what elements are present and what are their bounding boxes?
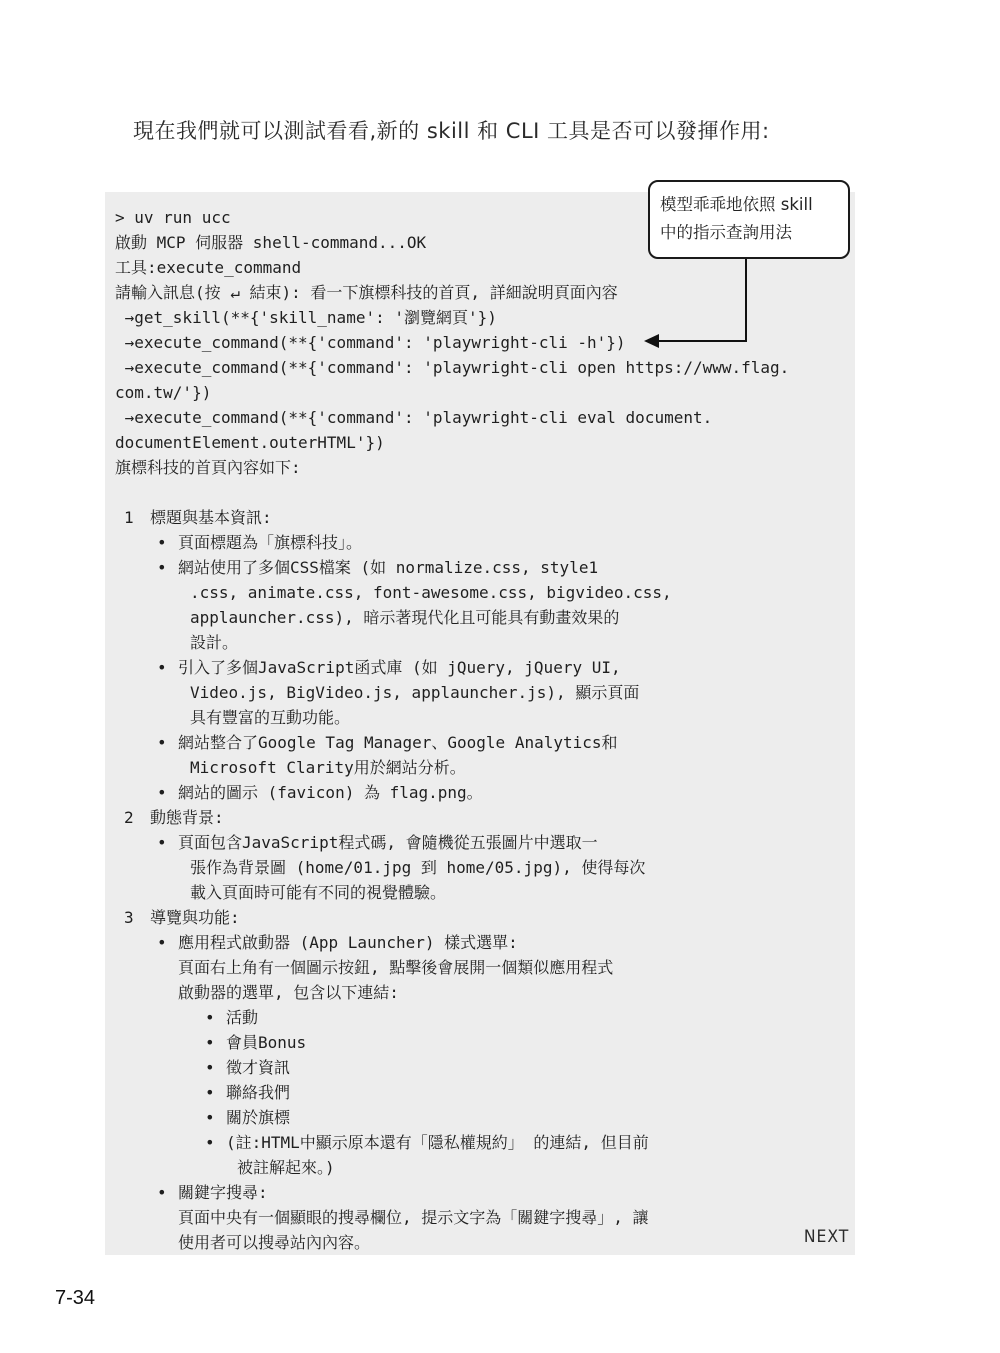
terminal-line: →execute_command(**{'command': 'playwrig… [115,405,855,430]
terminal-line: •徵才資訊 [115,1055,855,1080]
terminal-line-text: 啟動器的選單, 包含以下連結: [178,983,399,1002]
terminal-output-box: > uv run ucc啟動 MCP 伺服器 shell-command...O… [105,192,855,1255]
terminal-line-text: →get_skill(**{'skill_name': '瀏覽網頁'}) [115,308,497,327]
terminal-line-text: 工具:execute_command [115,258,301,277]
bullet-marker: • [205,1030,226,1055]
terminal-line-text: (註:HTML中顯示原本還有「隱私權規約」 的連結, 但目前 [226,1133,649,1152]
terminal-line-text: 請輸入訊息(按 ↵ 結束): 看一下旗標科技的首頁, 詳細說明頁面內容 [115,283,618,302]
terminal-line-text: 網站的圖示 (favicon) 為 flag.png。 [178,783,483,802]
terminal-line: •網站整合了Google Tag Manager、Google Analytic… [115,730,855,755]
terminal-line-text: > uv run ucc [115,208,231,227]
terminal-line: 張作為背景圖 (home/01.jpg 到 home/05.jpg), 使得每次 [115,855,855,880]
terminal-line: 設計。 [115,630,855,655]
terminal-line: 載入頁面時可能有不同的視覺體驗。 [115,880,855,905]
terminal-line: 頁面右上角有一個圖示按鈕, 點擊後會展開一個類似應用程式 [115,955,855,980]
terminal-line-text [115,483,125,502]
book-page: 現在我們就可以測試看看,新的 skill 和 CLI 工具是否可以發揮作用: >… [0,0,1000,1353]
terminal-line-text: →execute_command(**{'command': 'playwrig… [115,408,712,427]
terminal-line: •網站的圖示 (favicon) 為 flag.png。 [115,780,855,805]
bullet-marker: • [157,1180,178,1205]
bullet-marker: • [205,1130,226,1155]
terminal-line: 頁面中央有一個顯眼的搜尋欄位, 提示文字為「關鍵字搜尋」, 讓 [115,1205,855,1230]
terminal-lines: > uv run ucc啟動 MCP 伺服器 shell-command...O… [115,205,855,1255]
terminal-line-text: 引入了多個JavaScript函式庫 (如 jQuery, jQuery UI, [178,658,621,677]
terminal-line: •會員Bonus [115,1030,855,1055]
annotation-callout: 模型乖乖地依照 skill 中的指示查詢用法 [648,180,850,259]
callout-text-line2: 中的指示查詢用法 [660,219,838,247]
page-number: 7-34 [55,1287,95,1310]
terminal-line: •頁面包含JavaScript程式碼, 會隨機從五張圖片中選取一 [115,830,855,855]
terminal-line: applauncher.css), 暗示著現代化且可能具有動畫效果的 [115,605,855,630]
terminal-line-text: 載入頁面時可能有不同的視覺體驗。 [190,883,446,902]
terminal-line: 啟動器的選單, 包含以下連結: [115,980,855,1005]
terminal-line: •引入了多個JavaScript函式庫 (如 jQuery, jQuery UI… [115,655,855,680]
terminal-line-text: 張作為背景圖 (home/01.jpg 到 home/05.jpg), 使得每次 [190,858,645,877]
terminal-line-text: 標題與基本資訊: [150,508,272,527]
terminal-line: •關於旗標 [115,1105,855,1130]
terminal-line: Microsoft Clarity用於網站分析。 [115,755,855,780]
terminal-line-text: 關鍵字搜尋: [178,1183,268,1202]
terminal-line: com.tw/'}) [115,380,855,405]
terminal-line: →get_skill(**{'skill_name': '瀏覽網頁'}) [115,305,855,330]
terminal-line: •應用程式啟動器 (App Launcher) 樣式選單: [115,930,855,955]
terminal-line-text: 聯絡我們 [226,1083,290,1102]
terminal-line-text: 旗標科技的首頁內容如下: [115,458,301,477]
terminal-line: •網站使用了多個CSS檔案 (如 normalize.css, style1 [115,555,855,580]
terminal-line: •活動 [115,1005,855,1030]
terminal-line-text: 被註解起來。) [237,1158,335,1177]
terminal-line-text: Microsoft Clarity用於網站分析。 [190,758,466,777]
bullet-marker: • [205,1005,226,1030]
terminal-line: documentElement.outerHTML'}) [115,430,855,455]
next-page-indicator: NEXT [804,1227,849,1247]
terminal-line: →execute_command(**{'command': 'playwrig… [115,330,855,355]
terminal-line-text: 徵才資訊 [226,1058,290,1077]
terminal-line-text: 使用者可以搜尋站內內容。 [178,1233,370,1252]
terminal-line: 1標題與基本資訊: [115,505,855,530]
terminal-line: →execute_command(**{'command': 'playwrig… [115,355,855,380]
bullet-marker: • [205,1055,226,1080]
terminal-line: 旗標科技的首頁內容如下: [115,455,855,480]
section-heading: 現在我們就可以測試看看,新的 skill 和 CLI 工具是否可以發揮作用: [133,116,923,146]
terminal-line-text: 設計。 [190,633,238,652]
terminal-line-text: 啟動 MCP 伺服器 shell-command...OK [115,233,426,252]
terminal-line: •頁面標題為「旗標科技」。 [115,530,855,555]
terminal-line-text: documentElement.outerHTML'}) [115,433,385,452]
terminal-line-text: applauncher.css), 暗示著現代化且可能具有動畫效果的 [190,608,619,627]
terminal-line: •聯絡我們 [115,1080,855,1105]
bullet-marker: • [157,655,178,680]
terminal-line-text: com.tw/'}) [115,383,211,402]
terminal-line-text: 網站整合了Google Tag Manager、Google Analytics… [178,733,618,752]
terminal-line-text: →execute_command(**{'command': 'playwrig… [115,333,626,352]
terminal-line [115,480,855,505]
callout-text-line1: 模型乖乖地依照 skill [660,191,838,219]
bullet-marker: • [157,530,178,555]
terminal-line: 2動態背景: [115,805,855,830]
terminal-line: 請輸入訊息(按 ↵ 結束): 看一下旗標科技的首頁, 詳細說明頁面內容 [115,280,855,305]
terminal-line-text: 動態背景: [150,808,224,827]
terminal-line: .css, animate.css, font-awesome.css, big… [115,580,855,605]
terminal-line: •關鍵字搜尋: [115,1180,855,1205]
list-number: 2 [124,805,150,830]
terminal-line-text: 具有豐富的互動功能。 [190,708,350,727]
bullet-marker: • [157,830,178,855]
terminal-line-text: .css, animate.css, font-awesome.css, big… [190,583,672,602]
terminal-line-text: 導覽與功能: [150,908,240,927]
terminal-line-text: 頁面標題為「旗標科技」。 [178,533,362,552]
terminal-line: 使用者可以搜尋站內內容。 [115,1230,855,1255]
terminal-line: 具有豐富的互動功能。 [115,705,855,730]
list-number: 1 [124,505,150,530]
terminal-line-text: 會員Bonus [226,1033,306,1052]
bullet-marker: • [157,930,178,955]
terminal-line-text: 頁面包含JavaScript程式碼, 會隨機從五張圖片中選取一 [178,833,598,852]
terminal-line: 被註解起來。) [115,1155,855,1180]
terminal-line-text: 關於旗標 [226,1108,290,1127]
terminal-line-text: 網站使用了多個CSS檔案 (如 normalize.css, style1 [178,558,598,577]
terminal-line: •(註:HTML中顯示原本還有「隱私權規約」 的連結, 但目前 [115,1130,855,1155]
terminal-line-text: Video.js, BigVideo.js, applauncher.js), … [190,683,639,702]
bullet-marker: • [205,1080,226,1105]
terminal-line-text: 頁面右上角有一個圖示按鈕, 點擊後會展開一個類似應用程式 [178,958,613,977]
terminal-line-text: 應用程式啟動器 (App Launcher) 樣式選單: [178,933,518,952]
terminal-line-text: 頁面中央有一個顯眼的搜尋欄位, 提示文字為「關鍵字搜尋」, 讓 [178,1208,649,1227]
bullet-marker: • [157,780,178,805]
terminal-line-text: →execute_command(**{'command': 'playwrig… [115,358,789,377]
bullet-marker: • [157,555,178,580]
list-number: 3 [124,905,150,930]
terminal-line-text: 活動 [226,1008,258,1027]
bullet-marker: • [205,1105,226,1130]
terminal-line: Video.js, BigVideo.js, applauncher.js), … [115,680,855,705]
terminal-line: 3導覽與功能: [115,905,855,930]
bullet-marker: • [157,730,178,755]
